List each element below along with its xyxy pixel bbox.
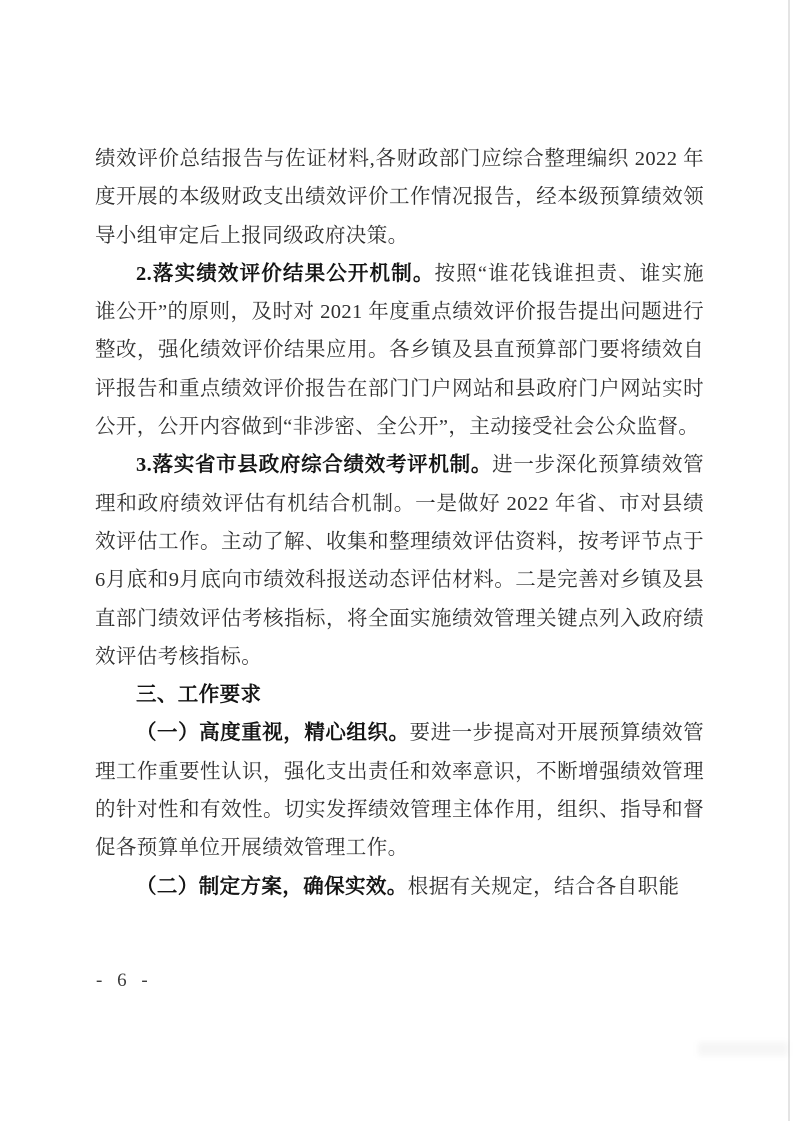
paragraph-lead-bold: 三、工作要求 bbox=[136, 683, 261, 706]
document-body: 绩效评价总结报告与佐证材料,各财政部门应综合整理编织 2022 年度开展的本级财… bbox=[95, 140, 704, 906]
scan-smudge-artifact bbox=[698, 1042, 788, 1056]
paragraph-text: 根据有关规定，结合各自职能 bbox=[408, 876, 680, 898]
paragraph-text: 按照“谁花钱谁担责、谁实施谁公开”的原则，及时对 2021 年度重点绩效评价报告… bbox=[95, 263, 704, 438]
paragraph-lead-bold: 2.落实绩效评价结果公开机制。 bbox=[136, 263, 435, 285]
paragraph: 绩效评价总结报告与佐证材料,各财政部门应综合整理编织 2022 年度开展的本级财… bbox=[95, 140, 704, 255]
page-number: - 6 - bbox=[96, 966, 149, 996]
paragraph-lead-bold: 3.落实省市县政府综合绩效考评机制。 bbox=[136, 454, 492, 476]
paragraph-text: 绩效评价总结报告与佐证材料,各财政部门应综合整理编织 2022 年度开展的本级财… bbox=[95, 148, 704, 247]
paragraph: 3.落实省市县政府综合绩效考评机制。进一步深化预算绩效管理和政府绩效评估有机结合… bbox=[95, 446, 704, 676]
paragraph-lead-bold: （一）高度重视，精心组织。 bbox=[136, 722, 410, 744]
scan-page-edge-line bbox=[788, 0, 790, 1121]
paragraph: （一）高度重视，精心组织。要进一步提高对开展预算绩效管理工作重要性认识，强化支出… bbox=[95, 714, 704, 867]
paragraph-text: 进一步深化预算绩效管理和政府绩效评估有机结合机制。一是做好 2022 年省、市对… bbox=[95, 454, 704, 667]
paragraph: （二）制定方案，确保实效。根据有关规定，结合各自职能 bbox=[95, 868, 704, 906]
paragraph: 2.落实绩效评价结果公开机制。按照“谁花钱谁担责、谁实施谁公开”的原则，及时对 … bbox=[95, 255, 704, 446]
section-heading: 三、工作要求 bbox=[95, 676, 704, 714]
paragraph-lead-bold: （二）制定方案，确保实效。 bbox=[136, 876, 408, 898]
